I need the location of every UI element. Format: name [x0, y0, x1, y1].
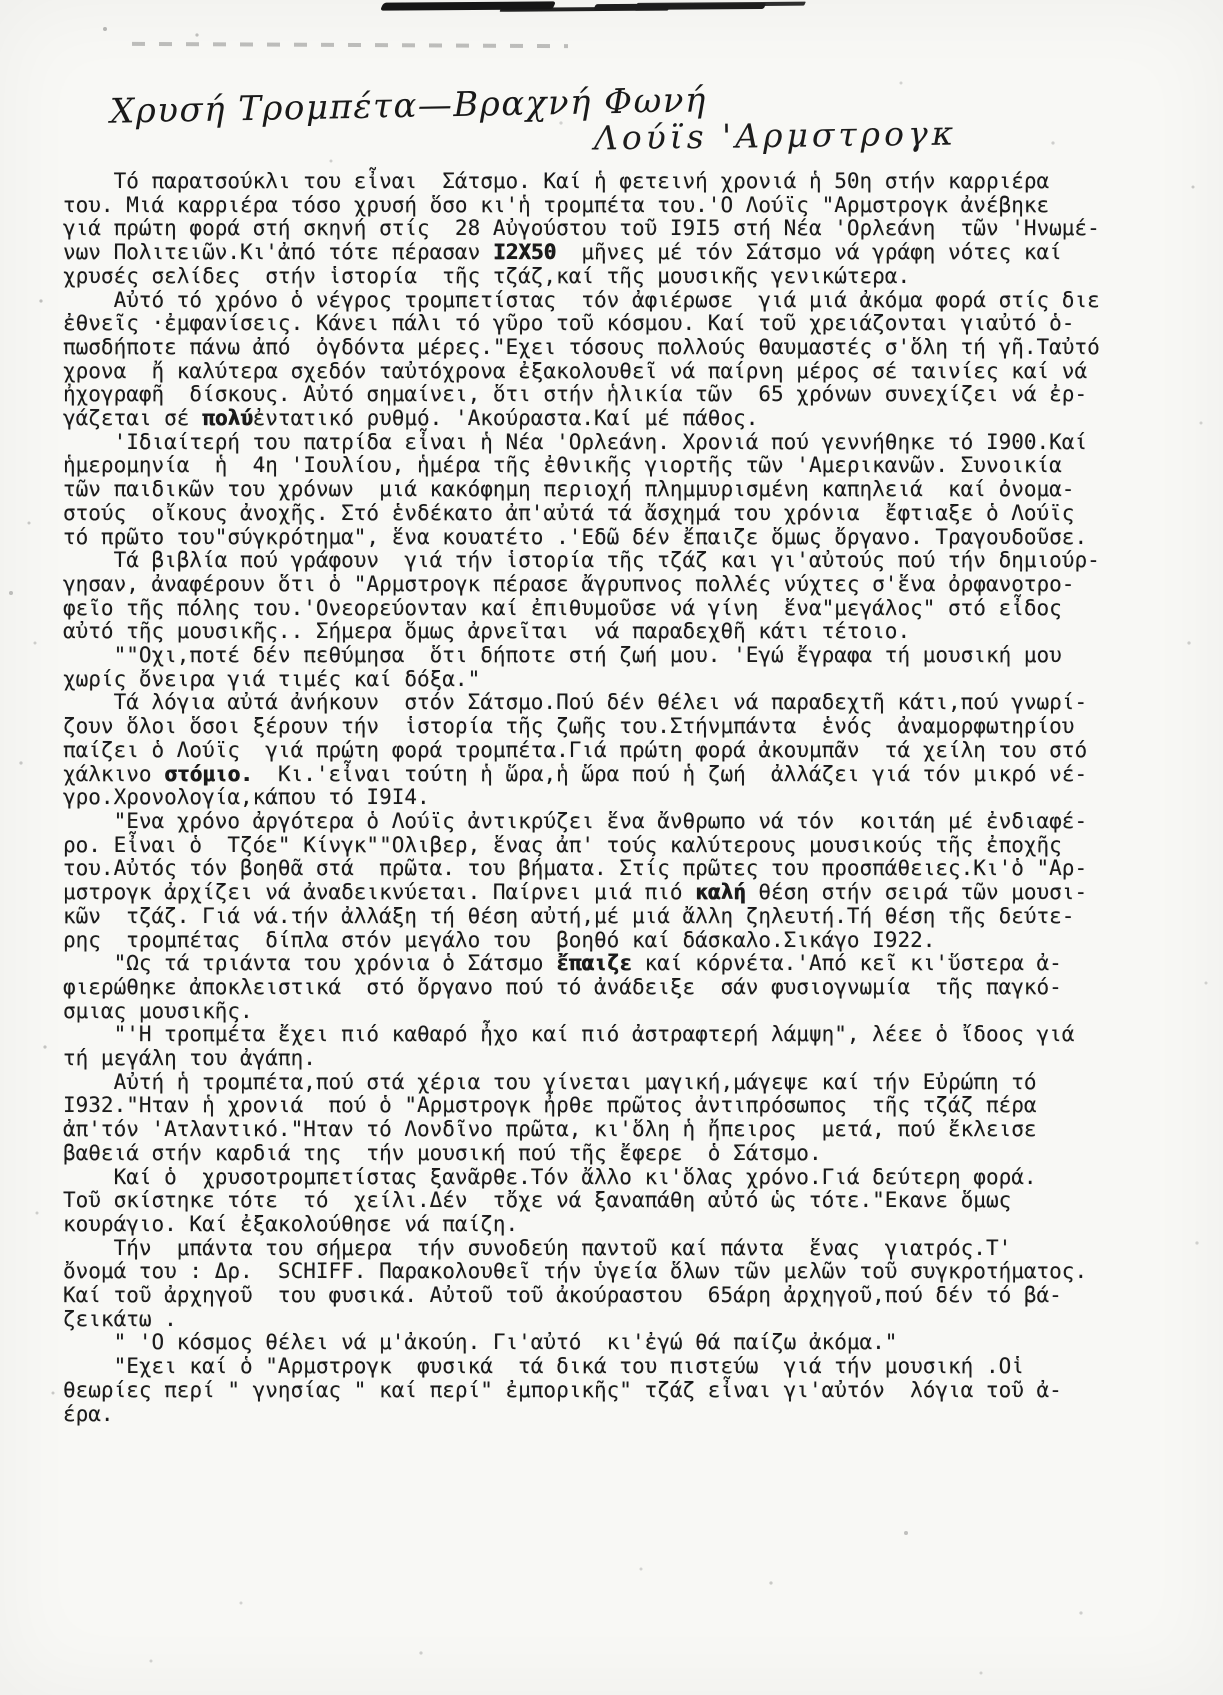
paragraph: Αὐτή ἡ τρομπέτα,πού στά χέρια του γίνετα…: [63, 1071, 1203, 1166]
text-segment: Τήν μπάντα του σήμερα τήν συνοδεύη παντο…: [63, 1236, 1087, 1331]
paragraph: "Ως τά τριάντα του χρόνια ὁ Σάτσμο ἔπαιζ…: [63, 952, 1203, 1023]
text-segment: "Ως τά τριάντα του χρόνια ὁ Σάτσμο: [63, 951, 556, 975]
scan-noise: [0, 0, 2, 2]
paragraph: ""Οχι,ποτέ δέν πεθύμησα ὅτι δήποτε στή ζ…: [63, 644, 1203, 691]
scanned-page: Χρυσή Τρομπέτα—Βραχνή Φωνή Λούϊs 'Αρμστρ…: [0, 0, 1223, 1695]
paragraph: "'Η τροπμέτα ἔχει πιό καθαρό ἦχο καί πιό…: [63, 1023, 1203, 1070]
paragraph: Τά λόγια αὐτά ἀνήκουν στόν Σάτσμο.Πού δέ…: [63, 691, 1203, 810]
paragraph: Αὐτό τό χρόνο ὁ νέγρος τρομπετίστας τόν …: [63, 289, 1203, 431]
bold-text-segment: ἔπαιζε: [556, 951, 632, 975]
bold-text-segment: στόμιο.: [164, 762, 253, 786]
article-body: Τό παρατσούκλι του εἶναι Σάτσμο. Καί ἡ φ…: [63, 170, 1203, 1426]
article-author-handwritten: Λούϊs 'Αρμστρογκ: [594, 113, 958, 157]
scan-smudge-faint: [132, 42, 568, 48]
paragraph: Τό παρατσούκλι του εἶναι Σάτσμο. Καί ἡ φ…: [63, 170, 1203, 289]
paragraph: 'Ιδιαίτερή του πατρίδα εἶναι ἡ Νέα 'Ορλε…: [63, 431, 1203, 550]
bold-text-segment: καλή: [695, 880, 746, 904]
text-segment: "'Η τροπμέτα ἔχει πιό καθαρό ἦχο καί πιό…: [63, 1022, 1074, 1070]
scan-smudge-top: [380, 1, 556, 10]
paragraph: " 'Ο κόσμος θέλει νά μ'ἀκούη. Γι'αὐτό κι…: [63, 1331, 1203, 1355]
text-segment: ""Οχι,ποτέ δέν πεθύμησα ὅτι δήποτε στή ζ…: [63, 643, 1062, 691]
text-segment: 'Ιδιαίτερή του πατρίδα εἶναι ἡ Νέα 'Ορλε…: [63, 430, 1087, 549]
text-segment: " 'Ο κόσμος θέλει νά μ'ἀκούη. Γι'αὐτό κι…: [63, 1330, 897, 1354]
bold-text-segment: Ι2Χ50: [493, 240, 556, 264]
text-segment: Αὐτή ἡ τρομπέτα,πού στά χέρια του γίνετα…: [63, 1070, 1037, 1165]
text-segment: "Εχει καί ὁ "Αρμστρογκ φυσικά τά δικά το…: [63, 1354, 1062, 1425]
paragraph: Τά βιβλία πού γράφουν γιά τήν ἱστορία τῆ…: [63, 549, 1203, 644]
paragraph: "Ενα χρόνο ἀργότερα ὁ Λούϊς ἀντικρύζει ἕ…: [63, 810, 1203, 952]
paragraph: Καί ὁ χρυσοτρομπετίστας ξανᾶρθε.Τόν ἄλλο…: [63, 1166, 1203, 1237]
paragraph: "Εχει καί ὁ "Αρμστρογκ φυσικά τά δικά το…: [63, 1355, 1203, 1426]
text-segment: Καί ὁ χρυσοτρομπετίστας ξανᾶρθε.Τόν ἄλλο…: [63, 1165, 1037, 1236]
paragraph: Τήν μπάντα του σήμερα τήν συνοδεύη παντο…: [63, 1237, 1203, 1332]
bold-text-segment: πολύ: [202, 406, 253, 430]
text-segment: ἐντατικό ρυθμό. 'Ακούραστα.Καί μέ πάθος.: [253, 406, 759, 430]
text-segment: Τά βιβλία πού γράφουν γιά τήν ἱστορία τῆ…: [63, 548, 1100, 643]
